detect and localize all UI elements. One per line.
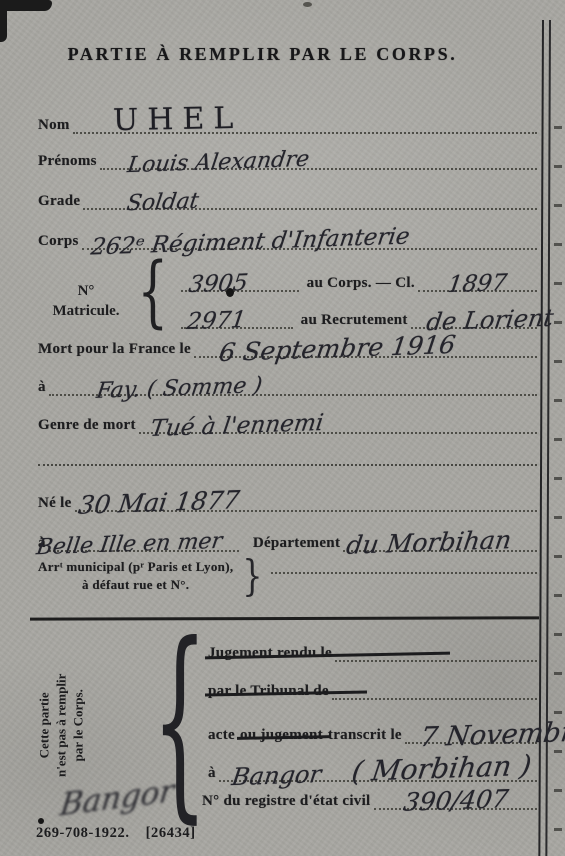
departement-handwritten: du Morbihan: [345, 525, 514, 560]
field-acte-transcrit: acte ou jugement transcrit le 7 Novembre…: [208, 714, 537, 744]
field-prenoms: Prénoms Louis Alexandre: [38, 138, 537, 170]
matricule-label-line1: N°: [38, 281, 134, 301]
prenoms-handwritten-value: Louis Alexandre: [125, 147, 310, 178]
grade-handwritten-value: Soldat: [125, 189, 200, 216]
corps-label: Corps: [38, 233, 79, 250]
ne-le-handwritten: 30 Mai 1877: [76, 485, 241, 520]
scan-corner-mark: [0, 0, 7, 42]
genre-mort-handwritten: Tué à l'ennemi: [148, 410, 324, 442]
prenoms-line: Louis Alexandre: [100, 168, 537, 170]
matricule-classe-line: 1897: [418, 290, 537, 292]
prenoms-label: Prénoms: [38, 153, 97, 170]
lieu-transcription-line: Bangor ( Morbihan ): [219, 780, 537, 782]
matricule-brace: {: [137, 259, 168, 325]
imprint-footer: 269-708-1922.[26434]: [36, 825, 212, 842]
mort-label: Mort pour la France le: [38, 341, 191, 358]
matricule-corps-row: 3905 au Corps. — Cl. 1897: [178, 255, 537, 292]
arr-municipal-brace: }: [243, 559, 263, 593]
matricule-classe-value: 1897: [446, 270, 509, 298]
scan-corner-mark: [0, 0, 52, 11]
mort-date-handwritten: 6 Septembre 1916: [217, 330, 457, 367]
field-matricule-block: N° Matricule. { 3905 au Corps. — Cl. 189…: [38, 253, 537, 329]
field-arr-municipal: Arrᵗ municipal (pʳ Paris et Lyon), à déf…: [38, 558, 537, 593]
matricule-label-line2: Matricule.: [38, 301, 134, 321]
field-corps: Corps 262ᵉ Régiment d'Infanterie: [38, 216, 537, 250]
tribunal-label-struck: par le Tribunal de: [208, 683, 329, 700]
acte-rest: transcrit le: [328, 727, 402, 744]
form-section-title: PARTIE À REMPLIR PAR LE CORPS.: [0, 44, 525, 65]
genre-mort-label: Genre de mort: [38, 417, 136, 434]
registre-handwritten: 390/407: [401, 784, 510, 817]
solid-divider: [30, 616, 539, 620]
mort-line: 6 Septembre 1916: [194, 356, 537, 358]
acte-struck-words: ou jugement: [240, 727, 323, 744]
corps-line: 262ᵉ Régiment d'Infanterie: [82, 248, 537, 250]
matricule-corps-line: 3905: [181, 290, 299, 292]
side-note-line1: Cette partie: [37, 640, 54, 810]
field-lieu-transcription: à Bangor ( Morbihan ): [208, 752, 537, 782]
field-grade: Grade Soldat: [38, 178, 537, 210]
matricule-recrutement-place-line: de Lorient: [411, 327, 537, 329]
matricule-recrutement-row: 2971 au Recrutement de Lorient: [178, 292, 537, 329]
field-lieu-mort: à Fay. ( Somme ): [38, 366, 537, 396]
imprint-number: 269-708-1922.: [36, 825, 130, 841]
ne-le-label: Né le: [38, 495, 72, 512]
ink-dot: [38, 818, 44, 824]
registre-label: N° du registre d'état civil: [202, 793, 371, 810]
registre-line: 390/407: [374, 808, 537, 810]
acte-word: acte: [208, 727, 235, 744]
ne-le-line: 30 Mai 1877: [75, 510, 537, 512]
scan-speck: [303, 2, 312, 7]
arr-municipal-label: Arrᵗ municipal (pʳ Paris et Lyon), à déf…: [38, 558, 233, 593]
acte-line: 7 Novembre 1918: [405, 742, 537, 744]
departement-label: Département: [253, 535, 340, 552]
arr-municipal-line: [271, 572, 537, 574]
matricule-corps-text: au Corps. — Cl.: [307, 275, 415, 292]
field-tribunal: par le Tribunal de: [208, 674, 537, 700]
field-ne-le: Né le 30 Mai 1877: [38, 480, 537, 512]
lieu-mort-label: à: [38, 379, 46, 396]
departement-line: du Morbihan: [343, 550, 537, 552]
arr-label-line1: Arrᵗ municipal (pʳ Paris et Lyon),: [38, 558, 233, 576]
field-lieu-naissance: à Belle Ille en mer Département du Morbi…: [38, 520, 537, 552]
lieu-mort-line: Fay. ( Somme ): [49, 394, 537, 396]
ink-dot: [226, 288, 234, 297]
matricule-corps-number: 3905: [187, 270, 250, 298]
naissance-handwritten: Belle Ille en mer: [35, 529, 224, 560]
transcrit-date-handwritten: 7 Novembre 1918: [418, 714, 565, 754]
lieu-transcription-label: à: [208, 765, 216, 782]
jugement-label-struck: Jugement rendu le: [208, 645, 332, 662]
arr-label-line2: à défaut rue et N°.: [38, 576, 233, 594]
nom-handwritten-value: UHEL: [112, 101, 242, 138]
tribunal-line: [332, 698, 537, 700]
lieu-mort-handwritten: Fay. ( Somme ): [95, 373, 264, 404]
jugement-line: [335, 660, 537, 662]
matricule-label: N° Matricule.: [38, 281, 134, 322]
genre-mort-line: Tué à l'ennemi: [139, 432, 537, 434]
field-nom: Nom UHEL: [38, 98, 537, 134]
grade-label: Grade: [38, 193, 80, 210]
field-genre-de-mort: Genre de mort Tué à l'ennemi: [38, 404, 537, 434]
nom-line: UHEL: [73, 132, 537, 134]
imprint-ref: [26434]: [146, 825, 196, 841]
lieu-value: Bangor: [230, 760, 323, 791]
field-jugement: Jugement rendu le: [208, 636, 537, 662]
dotted-divider: [38, 464, 537, 466]
scanned-military-death-record: PARTIE À REMPLIR PAR LE CORPS. Nom UHEL …: [0, 0, 565, 856]
grade-line: Soldat: [83, 208, 537, 210]
lieu-paren: ( Morbihan ): [350, 749, 534, 788]
matricule-recrutement-number: 2971: [185, 307, 248, 335]
nom-label: Nom: [38, 117, 70, 134]
naissance-line: Belle Ille en mer: [49, 550, 239, 552]
